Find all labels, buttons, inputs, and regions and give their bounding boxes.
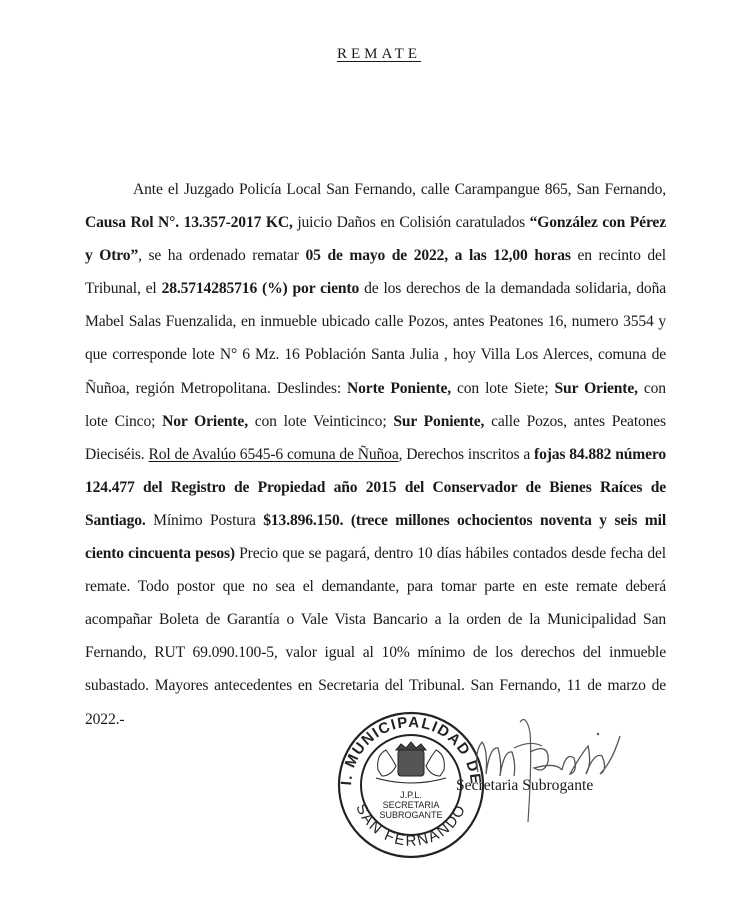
stamp-subrogante: SUBROGANTE <box>379 810 442 820</box>
paragraph-segment-bold: Nor Oriente, <box>162 413 248 430</box>
signature-label: Secretaria Subrogante <box>456 777 593 795</box>
paragraph-segment-bold: 05 de mayo de 2022, a las 12,00 horas <box>306 247 571 264</box>
paragraph-segment-bold: Sur Oriente, <box>555 380 638 397</box>
handwritten-signature-icon <box>470 712 625 822</box>
paragraph-segment-bold: 28.5714285716 (%) por ciento <box>162 280 360 297</box>
document-title: REMATE <box>0 46 754 63</box>
title-text: REMATE <box>333 46 421 62</box>
paragraph-segment-bold: Sur Poniente, <box>393 413 484 430</box>
paragraph-segment-normal: Mínimo Postura <box>146 512 264 529</box>
paragraph-segment-normal: Ante el Juzgado Policía Local San Fernan… <box>133 181 666 198</box>
stamp-jpl: J.P.L. <box>400 790 422 800</box>
paragraph-segment-normal: , Derechos inscritos a <box>399 446 534 463</box>
stamp-secretaria: SECRETARIA <box>383 800 440 810</box>
paragraph-segment-normal: con lote Veinticinco; <box>248 413 393 430</box>
paragraph-segment-bold: Causa Rol N°. 13.357-2017 KC, <box>85 214 293 231</box>
paragraph-segment-bold: Norte Poniente, <box>347 380 451 397</box>
paragraph-segment-normal: con lote Siete; <box>451 380 555 397</box>
paragraph-segment-normal: juicio Daños en Colisión caratulados <box>293 214 530 231</box>
paragraph-segment-normal: Precio que se pagará, dentro 10 días háb… <box>85 545 666 727</box>
coat-of-arms-icon <box>376 742 446 783</box>
auction-notice-paragraph: Ante el Juzgado Policía Local San Fernan… <box>85 173 666 736</box>
paragraph-segment-underline: Rol de Avalúo 6545-6 comuna de Ñuñoa <box>149 446 399 463</box>
paragraph-segment-normal: , se ha ordenado rematar <box>138 247 305 264</box>
